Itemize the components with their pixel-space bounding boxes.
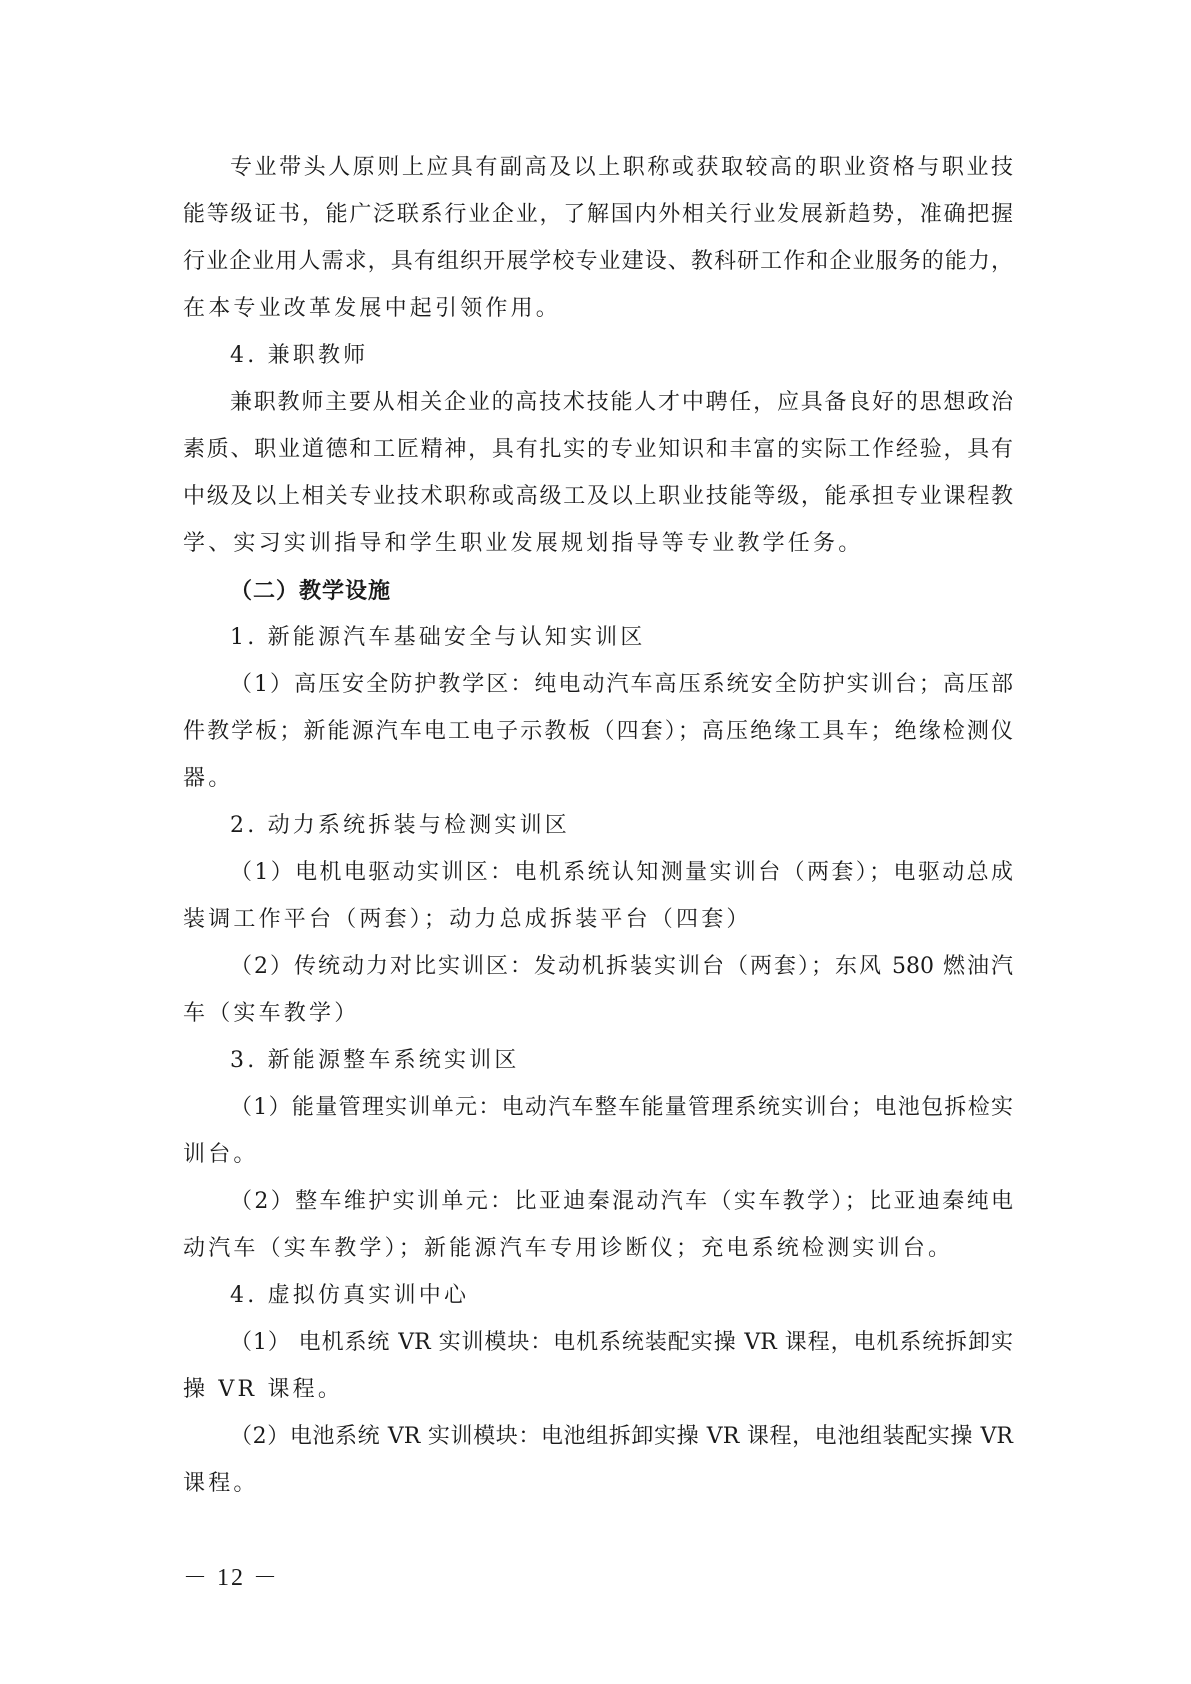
section-heading: （二）教学设施 bbox=[230, 576, 1060, 606]
paragraph-line: 课程。 bbox=[183, 1469, 1013, 1499]
paragraph-line: （1）高压安全防护教学区：纯电动汽车高压系统安全防护实训台；高压部 bbox=[230, 670, 1013, 700]
paragraph-line: 学、实习实训指导和学生职业发展规划指导等专业教学任务。 bbox=[183, 529, 1013, 559]
paragraph-line: 车（实车教学） bbox=[183, 999, 1013, 1029]
paragraph-line: （2）电池系统 VR 实训模块：电池组拆卸实操 VR 课程，电池组装配实操 VR bbox=[230, 1422, 1013, 1452]
subsection-title: 1. 新能源汽车基础安全与认知实训区 bbox=[230, 623, 1060, 653]
paragraph-line: 素质、职业道德和工匠精神，具有扎实的专业知识和丰富的实际工作经验，具有 bbox=[183, 435, 1013, 465]
subsection-title: 4. 虚拟仿真实训中心 bbox=[230, 1281, 1060, 1311]
paragraph-line: 能等级证书，能广泛联系行业企业，了解国内外相关行业发展新趋势，准确把握 bbox=[183, 200, 1013, 230]
paragraph-line: 件教学板；新能源汽车电工电子示教板（四套）；高压绝缘工具车；绝缘检测仪 bbox=[183, 717, 1013, 747]
paragraph-line: （2）传统动力对比实训区：发动机拆装实训台（两套）；东风 580 燃油汽 bbox=[230, 952, 1013, 982]
subsection-title: 3. 新能源整车系统实训区 bbox=[230, 1046, 1060, 1076]
page-number: － 12 － bbox=[183, 1563, 279, 1593]
paragraph-line: 行业企业用人需求，具有组织开展学校专业建设、教科研工作和企业服务的能力， bbox=[183, 247, 1013, 277]
paragraph-line: 中级及以上相关专业技术职称或高级工及以上职业技能等级，能承担专业课程教 bbox=[183, 482, 1013, 512]
paragraph-line: 装调工作平台（两套）；动力总成拆装平台（四套） bbox=[183, 905, 1013, 935]
paragraph-line: 动汽车（实车教学）；新能源汽车专用诊断仪；充电系统检测实训台。 bbox=[183, 1234, 1013, 1264]
paragraph-line: 器。 bbox=[183, 764, 1013, 794]
paragraph-line: 专业带头人原则上应具有副高及以上职称或获取较高的职业资格与职业技 bbox=[230, 153, 1013, 183]
subsection-title: 4. 兼职教师 bbox=[230, 341, 1060, 371]
paragraph-line: （2）整车维护实训单元：比亚迪秦混动汽车（实车教学）；比亚迪秦纯电 bbox=[230, 1187, 1013, 1217]
subsection-title: 2. 动力系统拆装与检测实训区 bbox=[230, 811, 1060, 841]
paragraph-line: 兼职教师主要从相关企业的高技术技能人才中聘任，应具备良好的思想政治 bbox=[230, 388, 1013, 418]
paragraph-line: （1）能量管理实训单元：电动汽车整车能量管理系统实训台；电池包拆检实 bbox=[230, 1093, 1013, 1123]
paragraph-line: 在本专业改革发展中起引领作用。 bbox=[183, 294, 1013, 324]
paragraph-line: 操 VR 课程。 bbox=[183, 1375, 1013, 1405]
document-page: 专业带头人原则上应具有副高及以上职称或获取较高的职业资格与职业技 能等级证书，能… bbox=[0, 0, 1191, 1684]
paragraph-line: （1）电机电驱动实训区：电机系统认知测量实训台（两套）；电驱动总成 bbox=[230, 858, 1013, 888]
paragraph-line: （1） 电机系统 VR 实训模块：电机系统装配实操 VR 课程，电机系统拆卸实 bbox=[230, 1328, 1013, 1358]
paragraph-line: 训台。 bbox=[183, 1140, 1013, 1170]
